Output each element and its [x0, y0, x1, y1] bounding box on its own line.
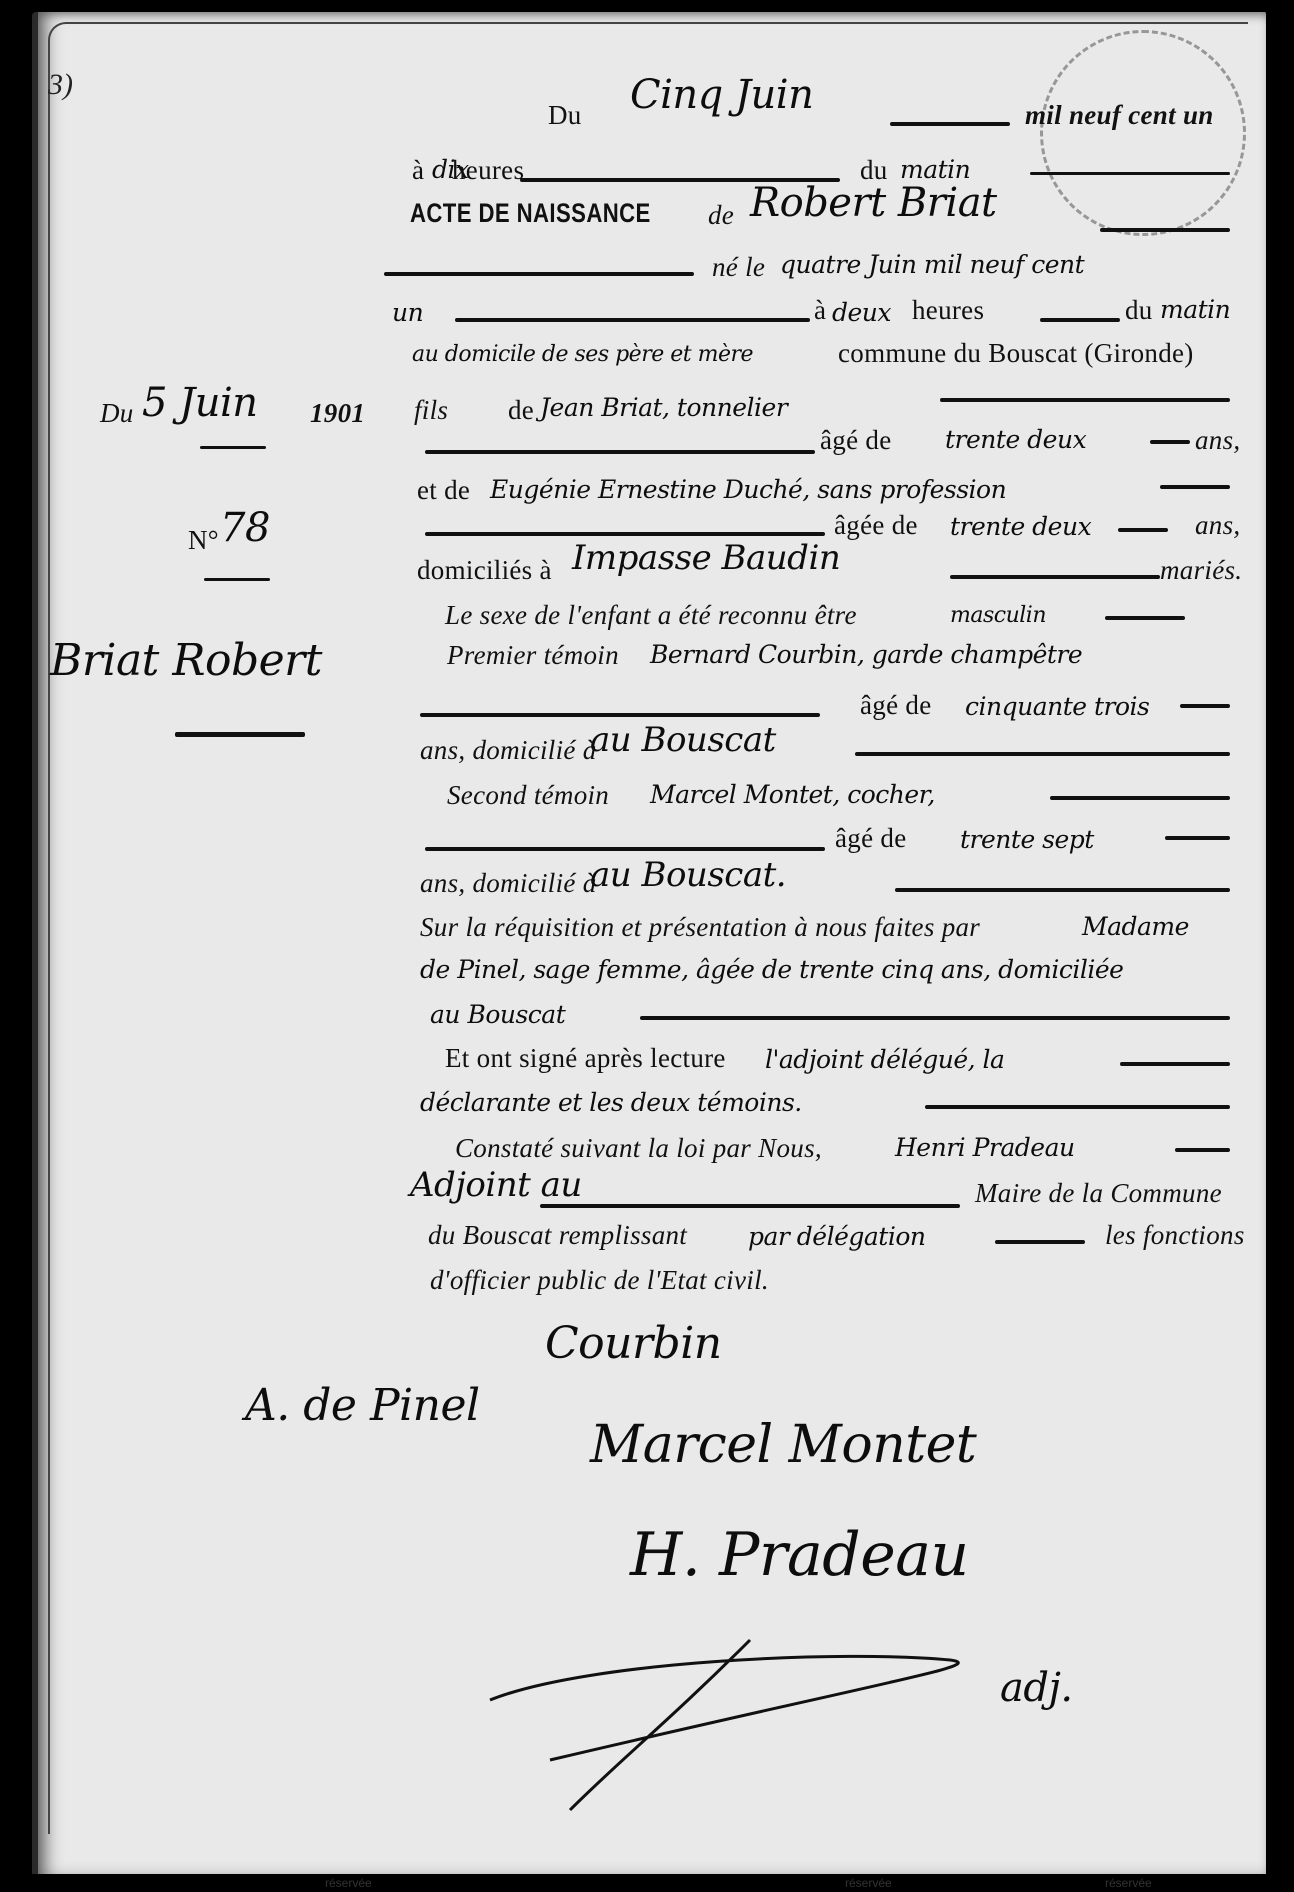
delegation-hand: par délégation [748, 1222, 926, 1251]
header-a-label: à [412, 155, 424, 186]
fill-rule [890, 122, 1010, 126]
signature-pradeau: H. Pradeau [630, 1520, 969, 1590]
domicilies-label: domiciliés à [417, 555, 552, 586]
header-du-label: Du [548, 100, 582, 131]
officer-title-hand: Adjoint au [410, 1165, 582, 1205]
fill-rule [950, 575, 1160, 579]
birth-place-hand: au domicile de ses père et mère [412, 342, 753, 367]
maries-label: mariés. [1160, 555, 1242, 586]
fill-rule [1150, 440, 1190, 444]
temoin1-dom-label: ans, domicilié à [420, 735, 597, 766]
father-age-label: âgé de [820, 425, 892, 456]
father-age-hand: trente deux [945, 425, 1086, 454]
signature-montet: Marcel Montet [590, 1415, 976, 1475]
footer-watermark: réservée [845, 1876, 892, 1890]
temoin1-hand: Bernard Courbin, garde champêtre [650, 640, 1082, 669]
signe-label: Et ont signé après lecture [445, 1043, 726, 1074]
birth-year-cont-hand: un [392, 298, 423, 327]
temoin2-hand: Marcel Montet, cocher, [650, 780, 935, 809]
fill-rule [455, 318, 810, 322]
official-stamp [1040, 30, 1246, 236]
margin-rule [200, 446, 266, 449]
margin-rule [175, 732, 305, 737]
sexe-label: Le sexe de l'enfant a été reconnu être [445, 600, 857, 631]
remplissant-label: du Bouscat remplissant [428, 1220, 687, 1251]
temoin1-age-hand: cinquante trois [965, 692, 1149, 721]
maire-label: Maire de la Commune [975, 1178, 1222, 1209]
fill-rule [895, 888, 1230, 892]
fill-rule [1100, 228, 1230, 232]
margin-rule [204, 578, 270, 581]
fill-rule [640, 1016, 1230, 1020]
fill-rule [1160, 485, 1230, 489]
father-hand: Jean Briat, tonnelier [540, 393, 787, 422]
fill-rule [1050, 796, 1230, 800]
signature-pinel: A. de Pinel [245, 1380, 480, 1431]
birth-hour-hand: deux [832, 298, 891, 327]
fill-rule [1120, 1062, 1230, 1066]
margin-date-label: Du [100, 398, 134, 429]
margin-date-hand: 5 Juin [142, 380, 258, 426]
fill-rule [1165, 836, 1230, 840]
signe-hand-2: déclarante et les deux témoins. [420, 1088, 802, 1117]
officer-hand: Henri Pradeau [895, 1133, 1075, 1162]
header-heures-label: heures [452, 155, 524, 186]
temoin1-label: Premier témoin [447, 640, 619, 671]
requisition-hand-3: au Bouscat [430, 1000, 565, 1029]
fill-rule [940, 398, 1230, 402]
title-de-label: de [708, 200, 734, 231]
requisition-label: Sur la réquisition et présentation à nou… [420, 912, 980, 943]
corner-mark: 3) [48, 68, 73, 102]
et-de-label: et de [417, 475, 470, 506]
fill-rule [420, 713, 820, 717]
signe-hand-1: l'adjoint délégué, la [765, 1045, 1004, 1074]
birth-date-hand: quatre Juin mil neuf cent [780, 250, 1084, 279]
fill-rule [1180, 704, 1230, 708]
commune-printed: commune du Bouscat (Gironde) [838, 338, 1194, 369]
domicile-hand: Impasse Baudin [572, 538, 840, 578]
birth-heures-label: heures [912, 295, 984, 326]
fill-rule [1175, 1148, 1230, 1152]
fill-rule [425, 847, 825, 851]
temoin1-dom-hand: au Bouscat [590, 720, 776, 760]
child-name-hand: Robert Briat [750, 180, 997, 226]
fill-rule [855, 752, 1230, 756]
requisition-hand-1: Madame [1082, 912, 1189, 941]
mother-age-label: âgée de [834, 510, 918, 541]
fill-rule [425, 450, 815, 454]
birth-a-label: à [814, 295, 826, 326]
fill-rule [540, 1204, 960, 1208]
fill-rule [1030, 172, 1230, 175]
fill-rule [995, 1240, 1085, 1244]
fill-rule [1105, 616, 1185, 620]
mother-ans-label: ans, [1195, 510, 1240, 541]
ne-le-label: né le [712, 252, 765, 283]
father-ans-label: ans, [1195, 425, 1240, 456]
fill-rule [384, 272, 694, 276]
sexe-hand: masculin [950, 603, 1046, 628]
temoin2-dom-label: ans, domicilié à [420, 868, 597, 899]
fill-rule [1118, 528, 1168, 532]
temoin2-age-hand: trente sept [960, 825, 1094, 854]
temoin2-label: Second témoin [447, 780, 609, 811]
footer-watermark: réservée [1105, 1876, 1152, 1890]
footer-watermark: réservée [325, 1876, 372, 1890]
header-date-hand: Cinq Juin [630, 72, 813, 118]
document-title: ACTE DE NAISSANCE [410, 198, 651, 229]
birth-period-hand: matin [1160, 295, 1230, 324]
temoin2-age-label: âgé de [835, 823, 907, 854]
signature-courbin: Courbin [545, 1318, 722, 1369]
margin-number-hand: 78 [220, 505, 270, 551]
fill-rule [1040, 318, 1120, 322]
temoin2-dom-hand: au Bouscat. [590, 855, 786, 895]
constate-label: Constaté suivant la loi par Nous, [455, 1133, 822, 1164]
birth-du-label: du [1125, 295, 1153, 326]
header-year-printed: mil neuf cent un [1025, 100, 1214, 131]
margin-name-hand: Briat Robert [50, 635, 322, 686]
temoin1-age-label: âgé de [860, 690, 932, 721]
officier-label: d'officier public de l'Etat civil. [430, 1265, 769, 1296]
mother-hand: Eugénie Ernestine Duché, sans profession [490, 475, 1006, 504]
fonctions-label: les fonctions [1105, 1220, 1245, 1251]
birth-certificate-page [32, 12, 1266, 1874]
signature-flourish [470, 1620, 1030, 1820]
fils-label: fils [414, 395, 448, 426]
fill-rule [925, 1105, 1230, 1109]
margin-number-label: N° [188, 525, 219, 556]
requisition-hand-2: de Pinel, sage femme, âgée de trente cin… [420, 955, 1123, 984]
mother-age-hand: trente deux [950, 512, 1091, 541]
fils-de-label: de [508, 395, 534, 426]
margin-year: 1901 [310, 398, 365, 429]
fill-rule [425, 532, 825, 536]
